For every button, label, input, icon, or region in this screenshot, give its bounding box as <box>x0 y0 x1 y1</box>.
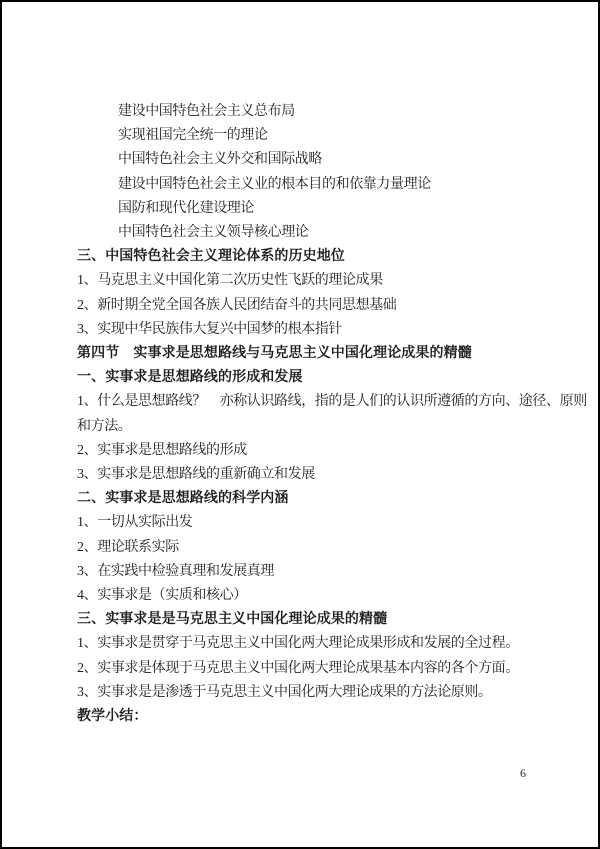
text-line: 和方法。 <box>77 415 586 439</box>
text-line: 1、一切从实际出发 <box>77 511 586 535</box>
text-line: 2、实事求是思想路线的形成 <box>77 439 586 463</box>
text-line: 1、什么是思想路线？ 亦称认识路线，指的是人们的认识所遵循的方向、途径、原则 <box>77 390 586 414</box>
text-line: 1、实事求是贯穿于马克思主义中国化两大理论成果形成和发展的全过程。 <box>77 632 586 656</box>
text-line: 建设中国特色社会主义业的根本目的和依靠力量理论 <box>77 173 586 197</box>
heading-line: 一、实事求是思想路线的形成和发展 <box>77 366 586 390</box>
document-body: 建设中国特色社会主义总布局实现祖国完全统一的理论中国特色社会主义外交和国际战略建… <box>77 100 586 729</box>
text-line: 国防和现代化建设理论 <box>77 197 586 221</box>
text-line: 中国特色社会主义外交和国际战略 <box>77 148 586 172</box>
text-line: 3、在实践中检验真理和发展真理 <box>77 560 586 584</box>
heading-line: 三、中国特色社会主义理论体系的历史地位 <box>77 245 586 269</box>
text-line: 3、实事求是思想路线的重新确立和发展 <box>77 463 586 487</box>
text-line: 3、实现中华民族伟大复兴中国梦的根本指针 <box>77 318 586 342</box>
text-line: 2、实事求是体现于马克思主义中国化两大理论成果基本内容的各个方面。 <box>77 657 586 681</box>
document-page: 建设中国特色社会主义总布局实现祖国完全统一的理论中国特色社会主义外交和国际战略建… <box>0 0 600 849</box>
text-line: 1、马克思主义中国化第二次历史性飞跃的理论成果 <box>77 269 586 293</box>
heading-line: 二、实事求是思想路线的科学内涵 <box>77 487 586 511</box>
text-line: 2、新时期全党全国各族人民团结奋斗的共同思想基础 <box>77 294 586 318</box>
heading-line: 教学小结： <box>77 705 586 729</box>
text-line: 3、实事求是是渗透于马克思主义中国化两大理论成果的方法论原则。 <box>77 681 586 705</box>
text-line: 建设中国特色社会主义总布局 <box>77 100 586 124</box>
text-line: 中国特色社会主义领导核心理论 <box>77 221 586 245</box>
text-line: 4、实事求是（实质和核心） <box>77 584 586 608</box>
heading-line: 三、实事求是是马克思主义中国化理论成果的精髓 <box>77 608 586 632</box>
page-number: 6 <box>520 766 526 781</box>
text-line: 实现祖国完全统一的理论 <box>77 124 586 148</box>
heading-line: 第四节 实事求是思想路线与马克思主义中国化理论成果的精髓 <box>77 342 586 366</box>
text-line: 2、理论联系实际 <box>77 536 586 560</box>
